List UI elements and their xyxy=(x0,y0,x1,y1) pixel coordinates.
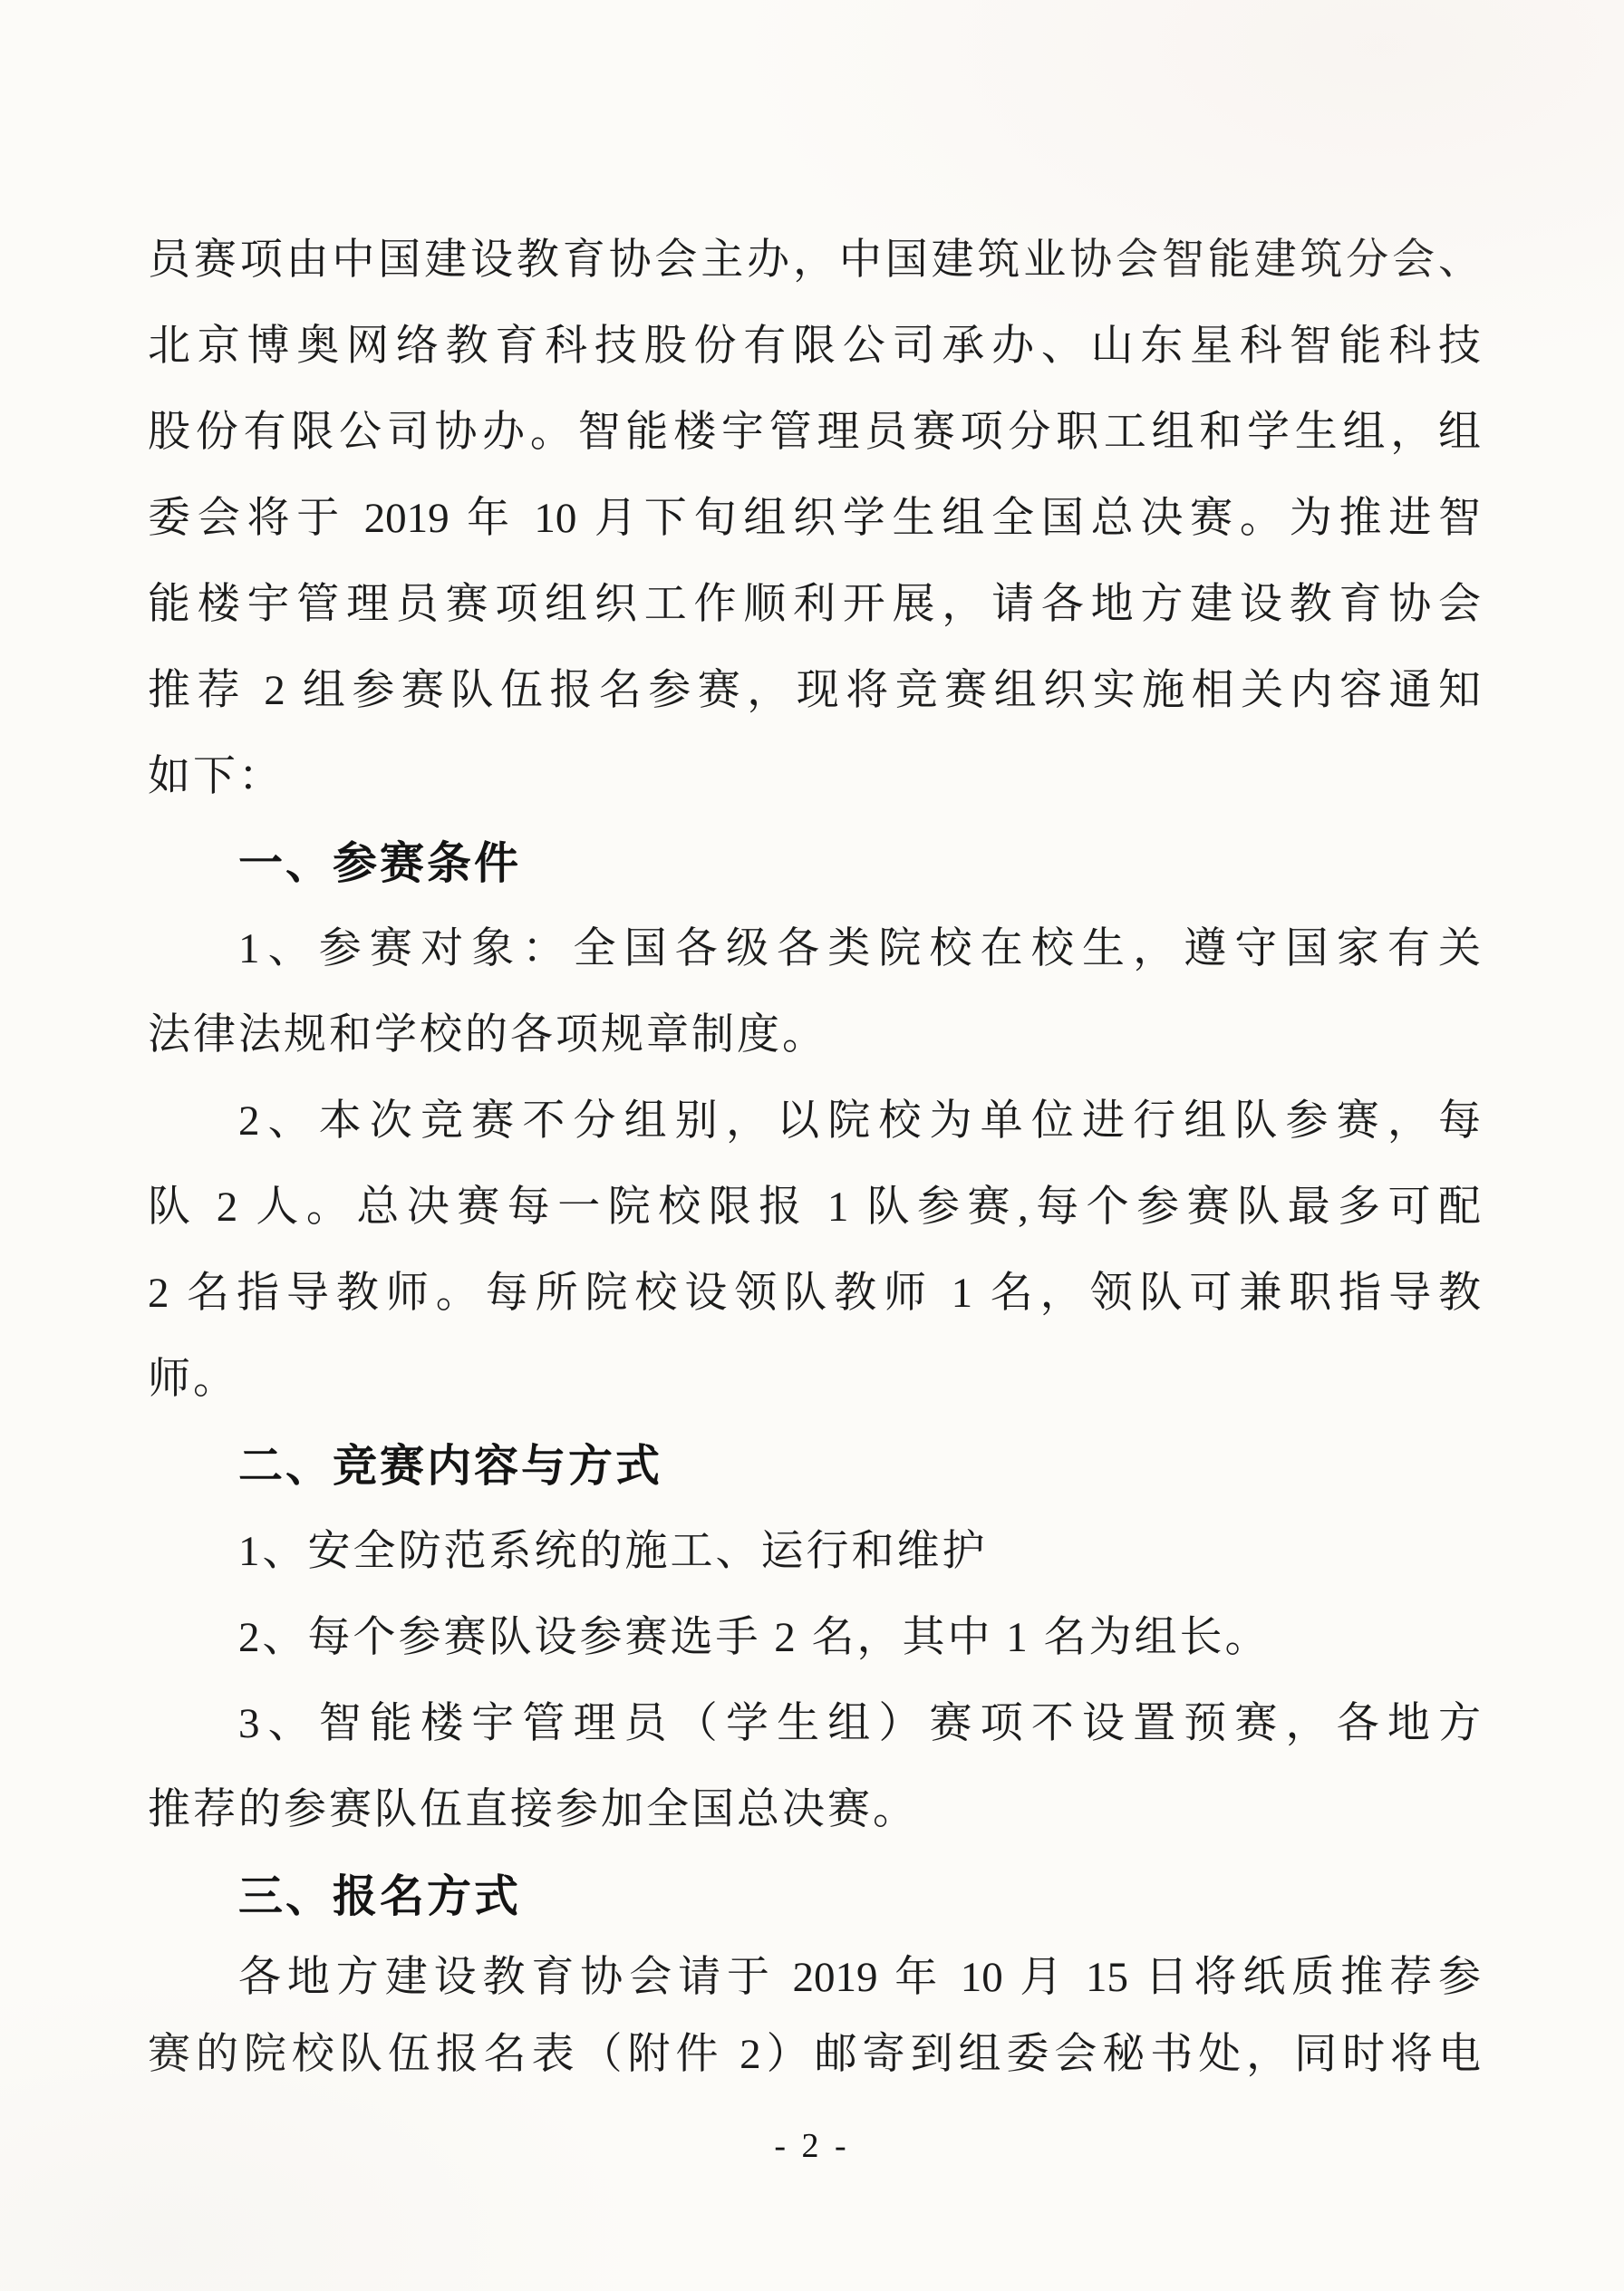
document-page: 员赛项由中国建设教育协会主办，中国建筑业协会智能建筑分会、北京博奥网络教育科技股… xyxy=(0,0,1624,2291)
text-line: 2 名指导教师。每所院校设领队教师 1 名，领队可兼职指导教 xyxy=(148,1251,1481,1337)
text-line: 能楼宇管理员赛项组织工作顺利开展，请各地方建设教育协会 xyxy=(148,562,1481,648)
text-line: 委会将于 2019 年 10 月下旬组织学生组全国总决赛。为推进智 xyxy=(148,476,1481,562)
text-line: 股份有限公司协办。智能楼宇管理员赛项分职工组和学生组，组 xyxy=(148,390,1481,476)
text-line: 2、本次竞赛不分组别，以院校为单位进行组队参赛，每 xyxy=(148,1078,1481,1165)
text-line: 1、安全防范系统的施工、运行和维护 xyxy=(148,1509,1481,1595)
text-line: 1、参赛对象：全国各级各类院校在校生，遵守国家有关 xyxy=(148,906,1481,992)
text-line: 北京博奥网络教育科技股份有限公司承办、山东星科智能科技 xyxy=(148,304,1481,390)
text-line: 推荐 2 组参赛队伍报名参赛，现将竞赛组织实施相关内容通知 xyxy=(148,648,1481,734)
text-line: 各地方建设教育协会请于 2019 年 10 月 15 日将纸质推荐参 xyxy=(148,1939,1481,2016)
text-line: 队 2 人。总决赛每一院校限报 1 队参赛,每个参赛队最多可配 xyxy=(148,1165,1481,1251)
text-line: 赛的院校队伍报名表（附件 2）邮寄到组委会秘书处，同时将电 xyxy=(148,2016,1481,2093)
section-heading: 三、报名方式 xyxy=(148,1853,1481,1939)
text-line: 2、每个参赛队设参赛选手 2 名，其中 1 名为组长。 xyxy=(148,1595,1481,1681)
page-number: - 2 - xyxy=(0,2119,1624,2173)
text-line: 师。 xyxy=(148,1337,1481,1423)
text-line: 法律法规和学校的各项规章制度。 xyxy=(148,992,1481,1078)
text-line: 3、智能楼宇管理员（学生组）赛项不设置预赛，各地方 xyxy=(148,1681,1481,1767)
section-heading: 二、竞赛内容与方式 xyxy=(148,1423,1481,1509)
document-body: 员赛项由中国建设教育协会主办，中国建筑业协会智能建筑分会、北京博奥网络教育科技股… xyxy=(148,217,1481,2093)
text-line: 推荐的参赛队伍直接参加全国总决赛。 xyxy=(148,1767,1481,1853)
text-line: 如下： xyxy=(148,734,1481,820)
section-heading: 一、参赛条件 xyxy=(148,820,1481,906)
text-line: 员赛项由中国建设教育协会主办，中国建筑业协会智能建筑分会、 xyxy=(148,217,1481,304)
